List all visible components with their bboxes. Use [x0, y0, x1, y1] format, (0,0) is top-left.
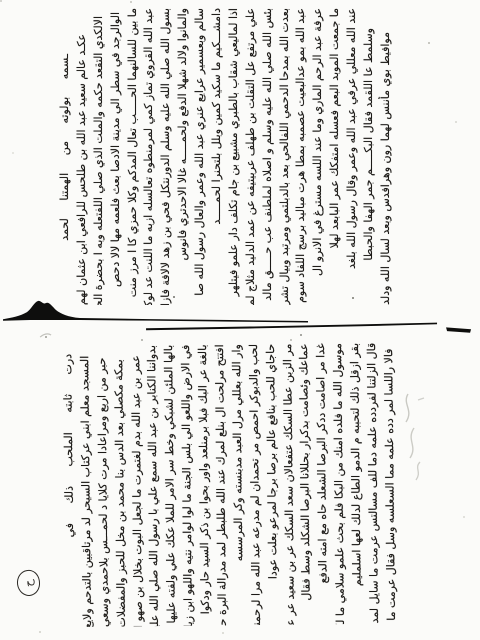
manuscript-line: والمانوا ولالد شهلا الدفع ولحمـــــه غال…: [175, 8, 192, 305]
manuscript-page-top: ـسمه بولوته من الهمتنا لحمدعكـد عالم سعي…: [57, 8, 395, 305]
manuscript-scan: ـسمه بولوته من الهمتنا لحمدعكـد عالم سعي…: [0, 0, 480, 640]
book-fold-shadow: [0, 291, 480, 346]
manuscript-line: عبد الله بمو عدالبعيت عصمبه بمطا هرت مبا…: [293, 8, 310, 305]
manuscript-line: عمر بن عبد الله بدم لغتمرت ما لجعل البوت…: [128, 345, 148, 626]
fold-faint-curl: [40, 334, 51, 337]
manuscript-line: بعدت الله بمدحا الدحمي اللفالحي بعد بالد…: [277, 8, 294, 305]
manuscript-line: عند الله معللي عرفي عبد الله وعمر وقال ر…: [344, 8, 361, 305]
manuscript-line: علي مرتفع عل التقلت بن طهلف عربيتيفه عن …: [243, 8, 260, 305]
folio-mark-circle: ح: [15, 569, 41, 598]
manuscript-line: ما بين للسالنهما الحـــــب تعال المدكم و…: [125, 8, 142, 305]
manuscript-line: بئس الله صلي الله عليه وسلم و اصلاه لملط…: [260, 8, 277, 305]
manuscript-line: وسلمط عا اللقمد فقال البكـــــم جمر الهف…: [361, 8, 378, 305]
manuscript-line: فالا راللسا لمر دده علمه مما السعلسه وسل…: [381, 342, 401, 623]
manuscript-line: بسول الله صلي الله عليه وسلم الدورنتكل ف…: [158, 8, 175, 305]
manuscript-line: بالها الملئن لشبكي وخط سر الامر للملا عك…: [161, 345, 181, 626]
manuscript-text-block-top: ـسمه بولوته من الهمتنا لحمدعكـد عالم سعي…: [57, 8, 395, 305]
manuscript-line: موافيط بوي مأننس لهما رون وهرافدس وبعد ل…: [378, 8, 395, 305]
manuscript-line: عرفة عبد الرحم الماري وما عند اللسه مستر…: [310, 8, 327, 305]
manuscript-line: الوالرجد في سطر الي مدينة الادصا بعث فلع…: [108, 8, 125, 305]
paper-noise: [0, 0, 2, 2]
pencil-stroke: [406, 394, 409, 422]
manuscript-line: دامشـــكيم ما سكيد كمين وبلل بلتحنرا لحم…: [209, 8, 226, 305]
pencil-stroke: [418, 398, 424, 400]
manuscript-line: عكـد عالم سعيد عبد الله بن طلحس للرافعي …: [74, 8, 91, 305]
manuscript-line: عبد الله القروي تماز كمي لمرمنطوه تعالسل…: [141, 8, 158, 305]
pencil-scribble: [396, 390, 432, 482]
manuscript-line: اذا لماليعي شقاب بالطبري مشبيع بن جام تك…: [226, 8, 243, 305]
fold-ink-blob: [3, 300, 308, 325]
fold-streak: [146, 323, 437, 331]
manuscript-line: سالم وبعسمير عرايع عنري عبد الله وعمر وا…: [192, 8, 209, 305]
manuscript-line: الالكدي التقعد حكمه والملت الذي صلي اللف…: [91, 8, 108, 305]
manuscript-line: ـسمه بولوته من الهمتنا لحمد: [57, 8, 74, 305]
fold-end-dash: [446, 327, 471, 333]
manuscript-text-block-bottom: درت ثابته الملحب ذلك فيالمسجد معلم ابني …: [60, 342, 401, 627]
manuscript-line: ما جمعت الموبد البعم فعسله امتفكك عمر ال…: [327, 8, 344, 305]
manuscript-page-bottom: درت ثابته الملحب ذلك فيالمسجد معلم ابني …: [60, 342, 401, 627]
pencil-stroke: [416, 462, 420, 480]
folio-mark-letter: ح: [23, 579, 35, 588]
pencil-stroke: [410, 428, 414, 458]
